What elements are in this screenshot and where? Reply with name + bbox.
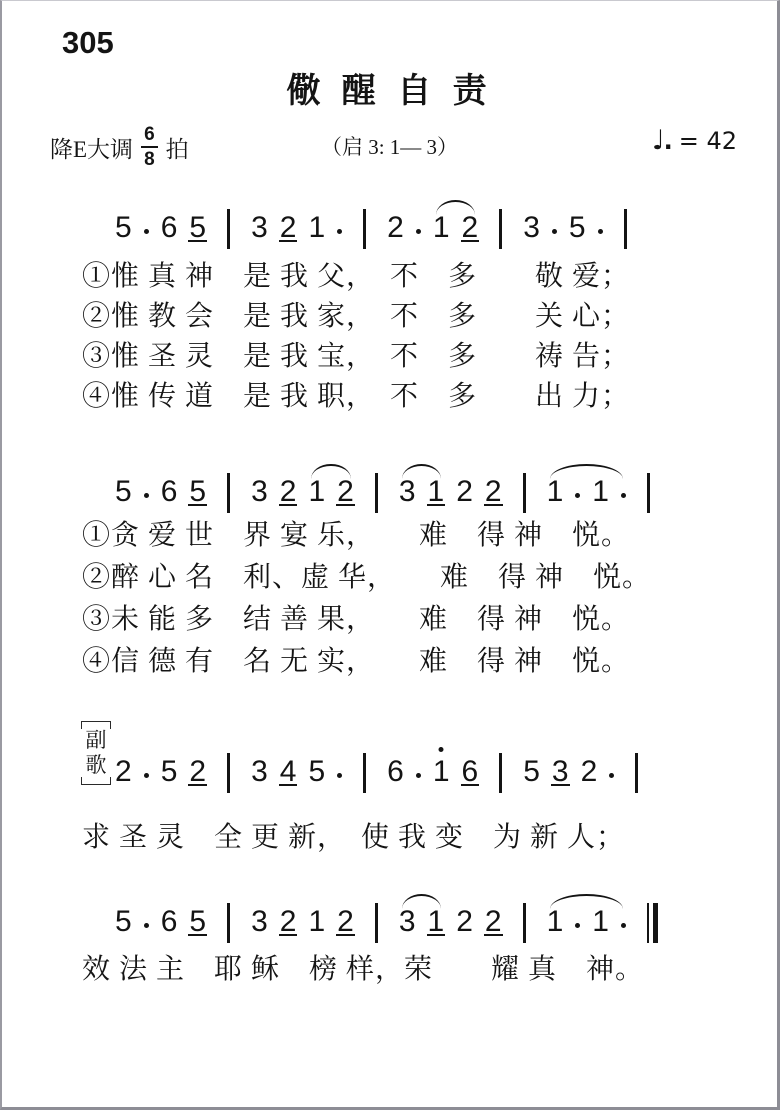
- note-6: 6: [161, 199, 178, 243]
- note-2: 2: [456, 463, 473, 507]
- note-6: 6: [387, 743, 404, 787]
- note-2: 2: [387, 199, 404, 243]
- meta-row: 降E大调 6 8 拍 （启 3: 1— 3） ♩ . = 42: [2, 119, 777, 171]
- note-5: 5: [189, 463, 206, 507]
- note-2: 2: [189, 743, 206, 787]
- note-1: 1: [592, 893, 609, 937]
- lyric-line: ③未 能 多 结 善 果， 难 得 神 悦。: [82, 599, 651, 641]
- note-6: 6: [462, 743, 479, 787]
- lyric-line: ①惟 真 神 是 我 父， 不 多 敬 爱；: [82, 257, 630, 297]
- duration-dot: [575, 493, 580, 498]
- note-3: 3: [251, 199, 268, 243]
- barline: [227, 753, 230, 793]
- duration-dot: [598, 229, 603, 234]
- slur-group: 31: [399, 463, 444, 507]
- barline: [227, 209, 230, 249]
- note-3: 3: [251, 893, 268, 937]
- note-2: 2: [462, 199, 479, 243]
- lyric-line: ③惟 圣 灵 是 我 宝， 不 多 祷 告；: [82, 337, 630, 377]
- duration-dot: [416, 773, 421, 778]
- thin-bar: [647, 903, 650, 943]
- music-line-closing: 5653212312211: [115, 893, 658, 953]
- duration-dot: [337, 773, 342, 778]
- note-5: 5: [115, 893, 132, 937]
- duration-dot: [621, 493, 626, 498]
- hymn-sheet-page: 305 儆 醒 自 责 降E大调 6 8 拍 （启 3: 1— 3） ♩ . =…: [0, 0, 780, 1110]
- note-6: 6: [161, 463, 178, 507]
- note-1: 1: [308, 463, 325, 507]
- barline: [499, 753, 502, 793]
- refrain-label: 副 歌: [78, 721, 114, 785]
- note-1: 1: [433, 743, 450, 787]
- lyric-line: ②惟 教 会 是 我 家， 不 多 关 心；: [82, 297, 630, 337]
- octave-dot: [439, 747, 444, 752]
- barline: [227, 473, 230, 513]
- note-5: 5: [189, 893, 206, 937]
- note-2: 2: [485, 893, 502, 937]
- note-1: 1: [308, 893, 325, 937]
- tempo-value: = 42: [679, 127, 737, 155]
- slur-group: 12: [433, 199, 478, 243]
- note-2: 2: [456, 893, 473, 937]
- thick-bar: [653, 903, 658, 943]
- hymn-title: 儆 醒 自 责: [2, 63, 777, 112]
- refrain-lyric: 求 圣 灵 全 更 新， 使 我 变 为 新 人；: [82, 815, 625, 855]
- barline: [624, 209, 627, 249]
- note-1: 1: [428, 893, 445, 937]
- note-2: 2: [280, 199, 297, 243]
- barline: [647, 473, 650, 513]
- duration-dot: [144, 493, 149, 498]
- note-2: 2: [485, 463, 502, 507]
- barline: [499, 209, 502, 249]
- note-3: 3: [523, 199, 540, 243]
- slur-group: 11: [547, 893, 626, 937]
- note-5: 5: [115, 463, 132, 507]
- duration-dot: [575, 923, 580, 928]
- note-2: 2: [280, 893, 297, 937]
- note-3: 3: [552, 743, 569, 787]
- music-line-refrain: 252345616532: [115, 743, 647, 803]
- slur-group: 12: [308, 463, 353, 507]
- lyric-line: ②醉 心 名 利、虚 华， 难 得 神 悦。: [82, 557, 651, 599]
- note-3: 3: [399, 463, 416, 507]
- note-5: 5: [115, 199, 132, 243]
- note-2: 2: [337, 463, 354, 507]
- note-1: 1: [547, 893, 564, 937]
- closing-lyric: 效 法 主 耶 稣 榜 样，荣 耀 真 神。: [82, 947, 644, 987]
- note-5: 5: [523, 743, 540, 787]
- barline: [363, 753, 366, 793]
- barline: [523, 473, 526, 513]
- note-3: 3: [251, 463, 268, 507]
- note-4: 4: [280, 743, 297, 787]
- note-1: 1: [433, 199, 450, 243]
- duration-dot: [144, 229, 149, 234]
- slur-group: 11: [547, 463, 626, 507]
- barline: [375, 473, 378, 513]
- note-5: 5: [189, 199, 206, 243]
- music-line-stanza-2: 5653212312211: [115, 463, 659, 523]
- note-1: 1: [547, 463, 564, 507]
- note-2: 2: [115, 743, 132, 787]
- tempo-dot: .: [664, 127, 673, 155]
- barline: [523, 903, 526, 943]
- duration-dot: [144, 923, 149, 928]
- hymn-number: 305: [62, 25, 114, 61]
- barline: [363, 209, 366, 249]
- note-3: 3: [251, 743, 268, 787]
- duration-dot: [416, 229, 421, 234]
- note-2: 2: [337, 893, 354, 937]
- note-2: 2: [581, 743, 598, 787]
- note-5: 5: [161, 743, 178, 787]
- music-line-stanza-1: 56532121235: [115, 199, 636, 259]
- duration-dot: [621, 923, 626, 928]
- note-3: 3: [399, 893, 416, 937]
- duration-dot: [609, 773, 614, 778]
- lyric-line: ①贪 爱 世 界 宴 乐， 难 得 神 悦。: [82, 515, 651, 557]
- verse-1-lyrics: ①惟 真 神 是 我 父， 不 多 敬 爱；②惟 教 会 是 我 家， 不 多 …: [82, 257, 630, 417]
- duration-dot: [144, 773, 149, 778]
- note-1: 1: [592, 463, 609, 507]
- duration-dot: [337, 229, 342, 234]
- barline: [375, 903, 378, 943]
- note-1: 1: [308, 199, 325, 243]
- lyric-line: ④惟 传 道 是 我 职， 不 多 出 力；: [82, 377, 630, 417]
- note-5: 5: [569, 199, 586, 243]
- duration-dot: [552, 229, 557, 234]
- tempo-marking: ♩ . = 42: [652, 125, 737, 156]
- barline: [635, 753, 638, 793]
- barline: [227, 903, 230, 943]
- slur-group: 31: [399, 893, 444, 937]
- verse-2-lyrics: ①贪 爱 世 界 宴 乐， 难 得 神 悦。②醉 心 名 利、虚 华， 难 得 …: [82, 515, 651, 683]
- final-barline: [647, 903, 659, 943]
- note-5: 5: [308, 743, 325, 787]
- lyric-line: ④信 德 有 名 无 实， 难 得 神 悦。: [82, 641, 651, 683]
- note-1: 1: [428, 463, 445, 507]
- note-2: 2: [280, 463, 297, 507]
- note-6: 6: [161, 893, 178, 937]
